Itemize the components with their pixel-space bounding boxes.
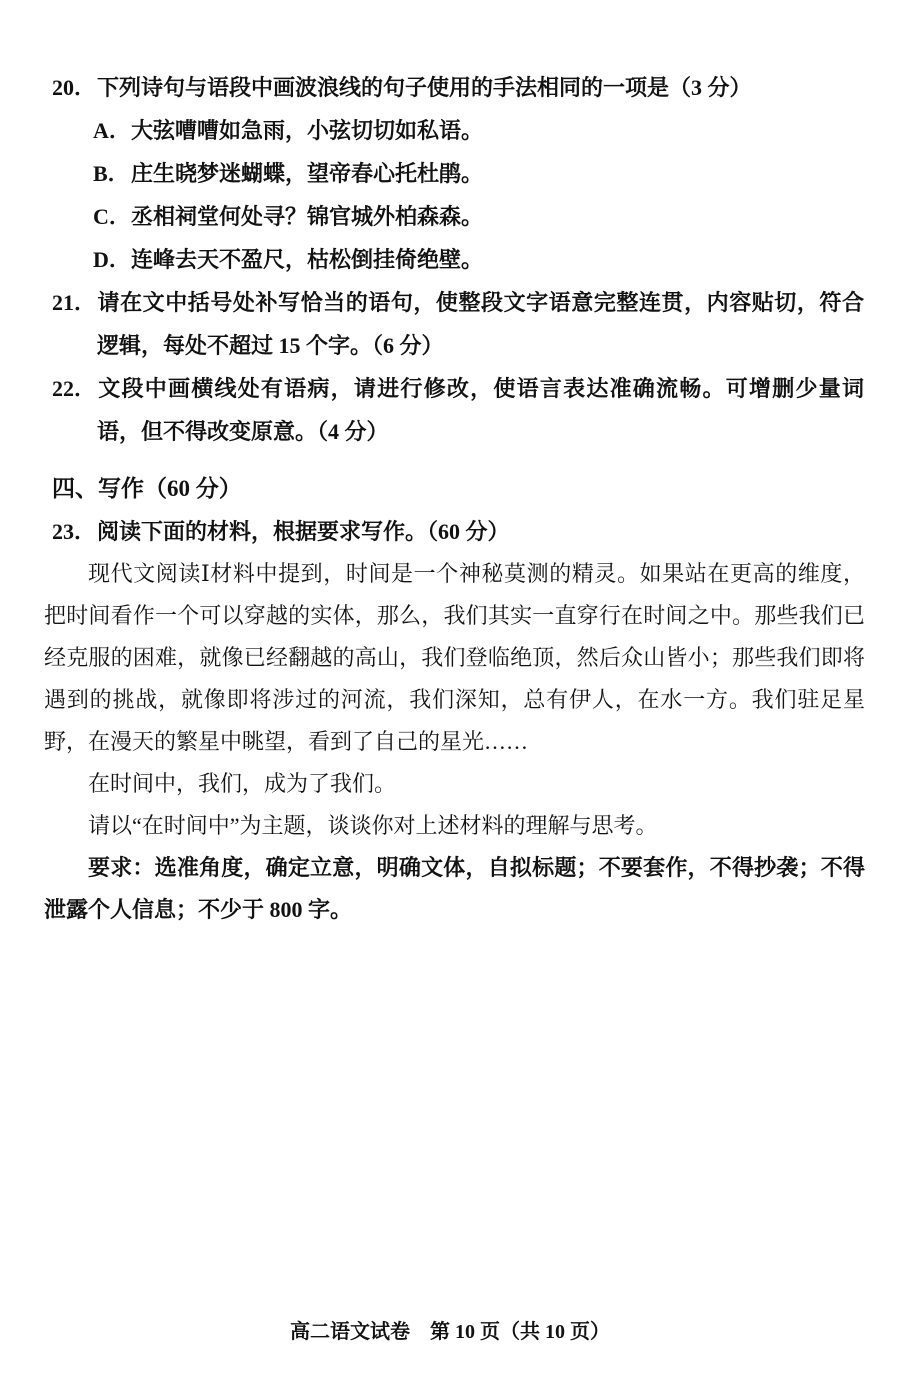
question-21-number: 21． [52, 281, 97, 324]
option-b-text: 庄生晓梦迷蝴蝶，望帝春心托杜鹃。 [131, 161, 483, 186]
question-23-stem: 阅读下面的材料，根据要求写作。（60 分） [97, 519, 510, 544]
essay-material-paragraph-1: 现代文阅读Ⅰ材料中提到，时间是一个神秘莫测的精灵。如果站在更高的维度，把时间看作… [44, 553, 865, 763]
question-22-stem: 文段中画横线处有语病，请进行修改，使语言表达准确流畅。可增删少量词语，但不得改变… [97, 376, 864, 444]
question-22-number: 22． [52, 367, 97, 410]
question-20-number: 20． [52, 66, 97, 109]
option-a-label: A． [93, 109, 131, 152]
question-23-number: 23． [52, 510, 97, 553]
option-d-label: D． [93, 238, 131, 281]
exam-paper-page: 20．下列诗句与语段中画波浪线的句子使用的手法相同的一项是（3 分） A．大弦嘈… [0, 0, 900, 1383]
question-20-option-c: C．丞相祠堂何处寻？锦官城外柏森森。 [93, 195, 864, 238]
section-heading-writing: 四、写作（60 分） [52, 467, 864, 510]
option-a-text: 大弦嘈嘈如急雨，小弦切切如私语。 [131, 118, 483, 143]
page-footer: 高二语文试卷 第 10 页（共 10 页） [0, 1318, 900, 1346]
option-c-label: C． [93, 195, 131, 238]
question-20-option-d: D．连峰去天不盈尺，枯松倒挂倚绝壁。 [93, 238, 864, 281]
question-20: 20．下列诗句与语段中画波浪线的句子使用的手法相同的一项是（3 分） [52, 66, 864, 109]
question-20-stem: 下列诗句与语段中画波浪线的句子使用的手法相同的一项是（3 分） [97, 75, 752, 100]
essay-material-paragraph-2: 在时间中，我们，成为了我们。 [44, 763, 865, 805]
option-c-text: 丞相祠堂何处寻？锦官城外柏森森。 [131, 204, 483, 229]
question-20-option-b: B．庄生晓梦迷蝴蝶，望帝春心托杜鹃。 [93, 152, 864, 195]
question-21: 21．请在文中括号处补写恰当的语句，使整段文字语意完整连贯，内容贴切，符合逻辑，… [52, 281, 864, 367]
page-content: 20．下列诗句与语段中画波浪线的句子使用的手法相同的一项是（3 分） A．大弦嘈… [0, 66, 900, 931]
essay-requirements: 要求：选准角度，确定立意，明确文体，自拟标题；不要套作，不得抄袭；不得泄露个人信… [44, 847, 865, 931]
option-b-label: B． [93, 152, 131, 195]
question-23: 23．阅读下面的材料，根据要求写作。（60 分） [52, 510, 864, 553]
essay-material-paragraph-3: 请以“在时间中”为主题，谈谈你对上述材料的理解与思考。 [44, 805, 865, 847]
question-21-stem: 请在文中括号处补写恰当的语句，使整段文字语意完整连贯，内容贴切，符合逻辑，每处不… [97, 290, 864, 358]
question-22: 22．文段中画横线处有语病，请进行修改，使语言表达准确流畅。可增删少量词语，但不… [52, 367, 864, 453]
option-d-text: 连峰去天不盈尺，枯松倒挂倚绝壁。 [131, 247, 483, 272]
question-20-option-a: A．大弦嘈嘈如急雨，小弦切切如私语。 [93, 109, 864, 152]
